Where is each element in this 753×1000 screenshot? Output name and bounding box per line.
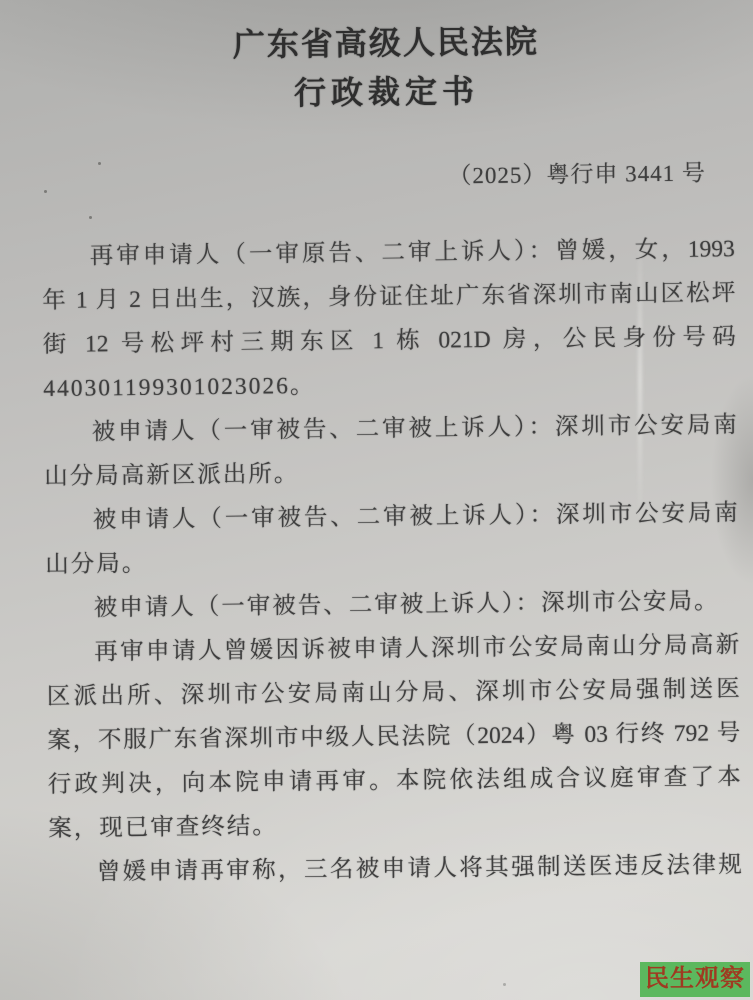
document-line: 案，现已审查终结。 (48, 799, 741, 851)
document-line: 曾媛申请再审称，三名被申请人将其强制送医违反法律规 (49, 843, 742, 895)
document-line: 440301199301023026。 (43, 359, 736, 411)
document-line: 被申请人（一审被告、二审被上诉人）：深圳市公安局南 (44, 403, 737, 455)
document-line: 山分局高新区派出所。 (44, 447, 737, 499)
document-line: 山分局。 (45, 535, 738, 587)
case-number: （2025）粤行申 3441 号 (41, 157, 734, 197)
watermark-badge: 民生观察 (640, 962, 750, 997)
document-line: 被申请人（一审被告、二审被上诉人）：深圳市公安局南 (45, 491, 738, 543)
court-name: 广东省高级人民法院 (39, 17, 732, 69)
document-photo: 广东省高级人民法院 行政裁定书 （2025）粤行申 3441 号 再审申请人（一… (0, 0, 753, 1000)
document-line: 年 1 月 2 日出生，汉族，身份证住址广东省深圳市南山区松坪 (42, 271, 735, 323)
document-body: 再审申请人（一审原告、二审上诉人）：曾媛，女，1993 年 1 月 2 日出生，… (42, 227, 742, 895)
document-line: 被申请人（一审被告、二审被上诉人）：深圳市公安局。 (46, 579, 739, 631)
document-line: 行政判决，向本院申请再审。本院依法组成合议庭审查了本 (48, 755, 741, 807)
paper-speck (503, 983, 506, 986)
document-line: 街 12 号松坪村三期东区 1 栋 021D 房，公民身份号码 (43, 315, 736, 367)
ruling-document: 广东省高级人民法院 行政裁定书 （2025）粤行申 3441 号 再审申请人（一… (39, 0, 742, 895)
document-type-title: 行政裁定书 (40, 66, 733, 118)
document-line: 案，不服广东省深圳市中级人民法院（2024）粤 03 行终 792 号 (47, 711, 740, 763)
document-line: 再审申请人曾媛因诉被申请人深圳市公安局南山分局高新 (46, 623, 739, 675)
document-line: 再审申请人（一审原告、二审上诉人）：曾媛，女，1993 (42, 227, 735, 279)
document-line: 区派出所、深圳市公安局南山分局、深圳市公安局强制送医 (47, 667, 740, 719)
